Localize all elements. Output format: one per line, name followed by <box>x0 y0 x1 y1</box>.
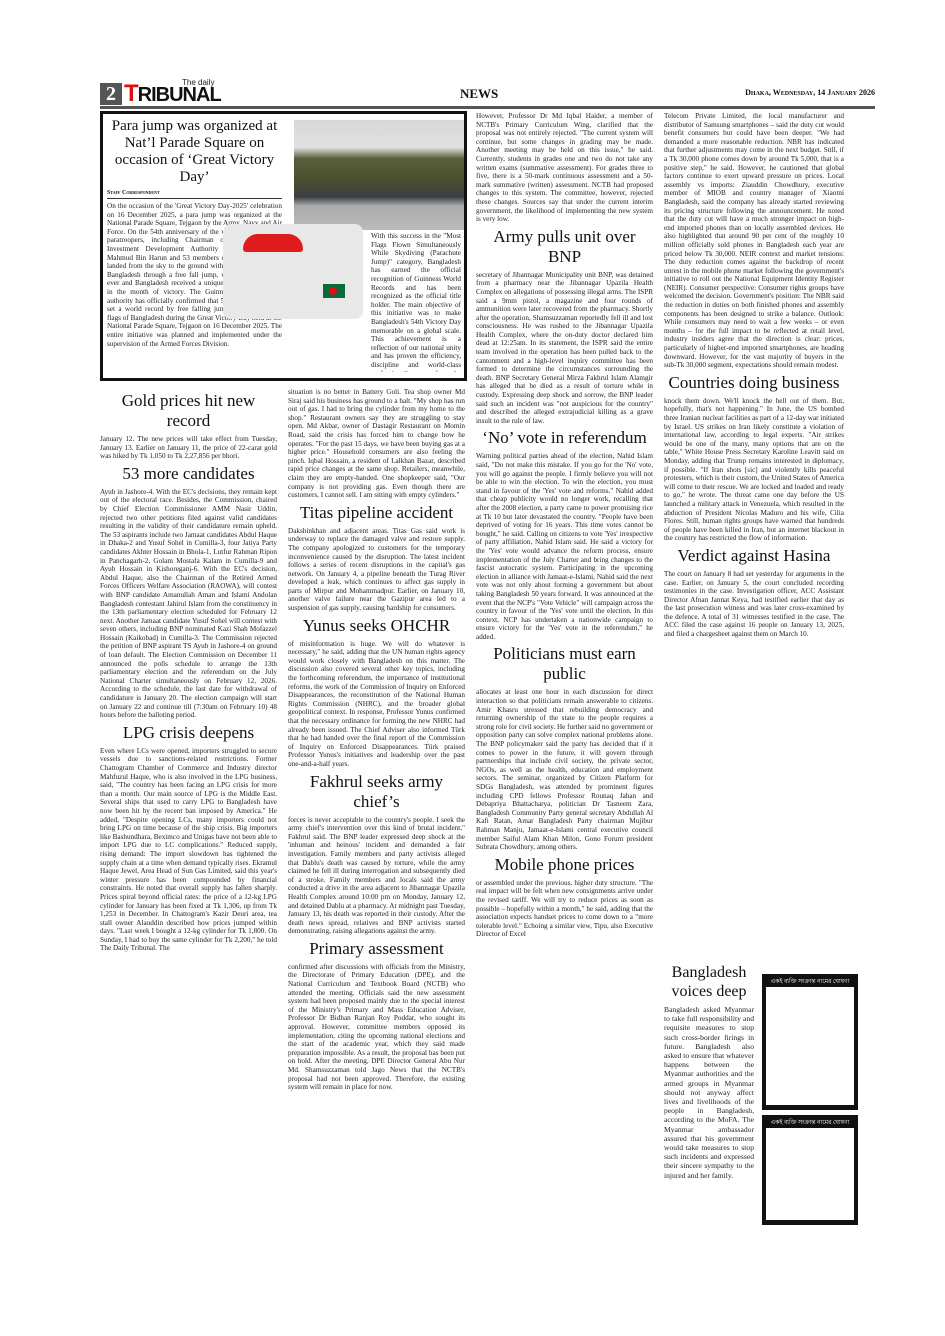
header-rule <box>100 106 875 109</box>
headline-mobile: Mobile phone prices <box>476 855 653 875</box>
headline-titas: Titas pipeline accident <box>288 503 465 523</box>
headline-politicians: Politicians must earn public <box>476 644 653 684</box>
parachute-photo <box>223 224 363 319</box>
headline-lpg: LPG crisis deepens <box>100 723 277 743</box>
headline-hasina: Verdict against Hasina <box>664 546 844 566</box>
headline-countries: Countries doing business <box>664 373 844 393</box>
masthead: 2 The daily TRIBUNAL NEWS Dhaka, Wednesd… <box>100 78 875 108</box>
column-2: situation is no better in Battery Goli. … <box>288 388 465 1298</box>
feature-body-2: With this success in the "Most Flags Flo… <box>371 232 461 372</box>
section-title: NEWS <box>460 86 498 102</box>
notice-ad-2: একই ব্যক্তি সংক্রান্ত নামের ঘোষণা <box>762 1115 858 1225</box>
feature-headline: Para jump was organized at Nat’l Parade … <box>107 118 282 186</box>
notice-ad-1: একই ব্যক্তি সংক্রান্ত নামের ঘোষণা <box>762 974 858 1110</box>
column-4: Telecom Private Limited, the local manuf… <box>664 112 844 932</box>
column-1: Gold prices hit new recordJanuary 12. Th… <box>100 388 277 1288</box>
headline-myanmar: Bangladesh voices deep <box>664 963 754 1001</box>
headline-novote: ‘No’ vote in referendum <box>476 428 653 448</box>
headline-yunus: Yunus seeks OHCHR <box>288 616 465 636</box>
headline-fakhrul: Fakhrul seeks army chief’s <box>288 772 465 812</box>
headline-candidates: 53 more candidates <box>100 464 277 484</box>
flag-icon <box>323 284 345 298</box>
dateline: Dhaka, Wednesday, 14 January 2026 <box>745 88 875 97</box>
column-3: However, Professor Dr Md Iqbal Haider, a… <box>476 112 653 1272</box>
page-number: 2 <box>100 83 122 105</box>
feature-article: Para jump was organized at Nat’l Parade … <box>100 111 467 381</box>
logo: TRIBUNAL <box>124 82 221 107</box>
myanmar-article: Bangladesh voices deepBangladesh asked M… <box>664 960 754 1260</box>
headline-gold: Gold prices hit new record <box>100 391 277 431</box>
parachute-icon <box>243 234 303 252</box>
byline: Staff Correspondent <box>107 190 282 199</box>
group-photo <box>294 120 464 230</box>
headline-primary: Primary assessment <box>288 939 465 959</box>
headline-army: Army pulls unit over BNP <box>476 227 653 267</box>
